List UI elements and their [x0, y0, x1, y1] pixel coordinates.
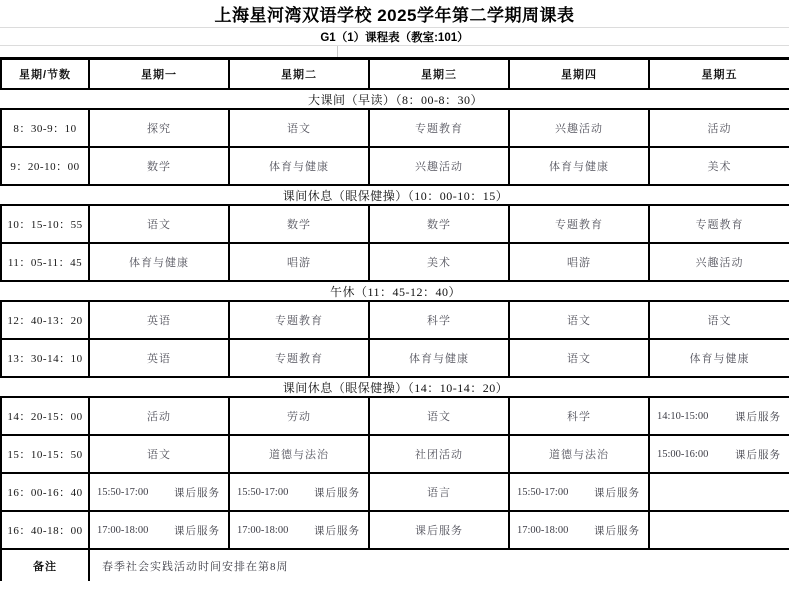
empty-cell — [649, 473, 789, 511]
class-row: 11：05-11：45体育与健康唱游美术唱游兴趣活动 — [1, 243, 789, 281]
note-label: 备注 — [1, 549, 89, 581]
subject-cell: 社团活动 — [369, 435, 509, 473]
class-row: 10：15-10：55语文数学数学专题教育专题教育 — [1, 205, 789, 243]
class-row: 16：40-18：0017:00-18:00课后服务17:00-18:00课后服… — [1, 511, 789, 549]
subject-cell: 美术 — [649, 147, 789, 185]
band-row: 大课间（早读）（8：00-8：30） — [1, 89, 789, 109]
subject-cell: 兴趣活动 — [509, 109, 649, 147]
service-time: 15:50-17:00 — [97, 487, 148, 498]
subject-cell: 语文 — [229, 109, 369, 147]
subject-cell: 语文 — [89, 435, 229, 473]
corner-header: 星期/节数 — [1, 59, 89, 90]
band-row: 课间休息（眼保健操）（14：10-14：20） — [1, 377, 789, 397]
subject-cell: 探究 — [89, 109, 229, 147]
service-cell-content: 15:50-17:00课后服务 — [230, 485, 368, 500]
service-cell-content: 15:00-16:00课后服务 — [650, 447, 789, 462]
time-slot: 13：30-14：10 — [1, 339, 89, 377]
subject-cell: 专题教育 — [649, 205, 789, 243]
class-row: 15：10-15：50语文道德与法治社团活动道德与法治15:00-16:00课后… — [1, 435, 789, 473]
after-school-service-cell: 15:50-17:00课后服务 — [89, 473, 229, 511]
timetable-page: 上海星河湾双语学校 2025学年第二学期周课表 G1（1）课程表（教室:101）… — [0, 0, 789, 609]
note-text: 春季社会实践活动时间安排在第8周 — [89, 549, 789, 581]
class-row: 12：40-13：20英语专题教育科学语文语文 — [1, 301, 789, 339]
class-row: 13：30-14：10英语专题教育体育与健康语文体育与健康 — [1, 339, 789, 377]
subject-cell: 专题教育 — [229, 301, 369, 339]
service-label: 课后服务 — [594, 485, 640, 500]
subject-cell: 体育与健康 — [89, 243, 229, 281]
service-cell-content: 15:50-17:00课后服务 — [510, 485, 648, 500]
subject-cell: 体育与健康 — [229, 147, 369, 185]
service-time: 15:50-17:00 — [237, 487, 288, 498]
service-label: 课后服务 — [735, 409, 781, 424]
service-cell-content: 17:00-18:00课后服务 — [230, 523, 368, 538]
time-slot: 9：20-10：00 — [1, 147, 89, 185]
service-cell-content: 14:10-15:00课后服务 — [650, 409, 789, 424]
page-title: 上海星河湾双语学校 2025学年第二学期周课表 — [0, 0, 789, 28]
time-slot: 16：00-16：40 — [1, 473, 89, 511]
spacer-row — [0, 46, 789, 57]
service-label: 课后服务 — [314, 485, 360, 500]
subject-cell: 语文 — [89, 205, 229, 243]
service-cell-content: 15:50-17:00课后服务 — [90, 485, 228, 500]
timetable-body: 大课间（早读）（8：00-8：30）8：30-9：10探究语文专题教育兴趣活动活… — [1, 89, 789, 549]
after-school-service-cell: 17:00-18:00课后服务 — [509, 511, 649, 549]
note-row: 备注 春季社会实践活动时间安排在第8周 — [1, 549, 789, 581]
class-row: 9：20-10：00数学体育与健康兴趣活动体育与健康美术 — [1, 147, 789, 185]
band-row: 课间休息（眼保健操）（10：00-10：15） — [1, 185, 789, 205]
subject-cell: 数学 — [89, 147, 229, 185]
service-time: 14:10-15:00 — [657, 411, 708, 422]
subject-cell: 道德与法治 — [509, 435, 649, 473]
band-row: 午休（11：45-12：40） — [1, 281, 789, 301]
after-school-service-cell: 15:50-17:00课后服务 — [509, 473, 649, 511]
day-header: 星期五 — [649, 59, 789, 90]
subject-cell: 活动 — [649, 109, 789, 147]
subject-cell: 活动 — [89, 397, 229, 435]
time-slot: 10：15-10：55 — [1, 205, 89, 243]
subject-cell: 英语 — [89, 339, 229, 377]
header-row: 星期/节数星期一星期二星期三星期四星期五 — [1, 59, 789, 90]
subject-cell: 美术 — [369, 243, 509, 281]
service-cell-content: 17:00-18:00课后服务 — [510, 523, 648, 538]
grid-tick — [337, 46, 338, 57]
time-slot: 12：40-13：20 — [1, 301, 89, 339]
after-school-service-cell: 14:10-15:00课后服务 — [649, 397, 789, 435]
subject-cell: 专题教育 — [369, 109, 509, 147]
subject-cell: 劳动 — [229, 397, 369, 435]
class-row: 8：30-9：10探究语文专题教育兴趣活动活动 — [1, 109, 789, 147]
subject-cell: 兴趣活动 — [649, 243, 789, 281]
service-label: 课后服务 — [174, 485, 220, 500]
service-time: 17:00-18:00 — [97, 525, 148, 536]
service-time: 17:00-18:00 — [517, 525, 568, 536]
time-slot: 11：05-11：45 — [1, 243, 89, 281]
day-header: 星期一 — [89, 59, 229, 90]
service-label: 课后服务 — [594, 523, 640, 538]
page-subtitle: G1（1）课程表（教室:101） — [0, 28, 789, 46]
band-label: 大课间（早读）（8：00-8：30） — [1, 89, 789, 109]
time-slot: 16：40-18：00 — [1, 511, 89, 549]
day-header: 星期四 — [509, 59, 649, 90]
subject-cell: 语文 — [509, 301, 649, 339]
subject-cell: 英语 — [89, 301, 229, 339]
time-slot: 8：30-9：10 — [1, 109, 89, 147]
subject-cell: 语文 — [369, 397, 509, 435]
band-label: 课间休息（眼保健操）（14：10-14：20） — [1, 377, 789, 397]
subject-cell: 兴趣活动 — [369, 147, 509, 185]
class-row: 16：00-16：4015:50-17:00课后服务15:50-17:00课后服… — [1, 473, 789, 511]
service-time: 17:00-18:00 — [237, 525, 288, 536]
service-cell-content: 17:00-18:00课后服务 — [90, 523, 228, 538]
time-slot: 15：10-15：50 — [1, 435, 89, 473]
subject-cell: 专题教育 — [509, 205, 649, 243]
after-school-service-cell: 17:00-18:00课后服务 — [229, 511, 369, 549]
service-time: 15:00-16:00 — [657, 449, 708, 460]
subject-cell: 语文 — [509, 339, 649, 377]
subject-cell: 课后服务 — [369, 511, 509, 549]
subject-cell: 科学 — [509, 397, 649, 435]
band-label: 午休（11：45-12：40） — [1, 281, 789, 301]
after-school-service-cell: 15:00-16:00课后服务 — [649, 435, 789, 473]
subject-cell: 道德与法治 — [229, 435, 369, 473]
subject-cell: 唱游 — [229, 243, 369, 281]
day-header: 星期二 — [229, 59, 369, 90]
empty-cell — [649, 511, 789, 549]
subject-cell: 语言 — [369, 473, 509, 511]
after-school-service-cell: 15:50-17:00课后服务 — [229, 473, 369, 511]
band-label: 课间休息（眼保健操）（10：00-10：15） — [1, 185, 789, 205]
service-time: 15:50-17:00 — [517, 487, 568, 498]
subject-cell: 语文 — [649, 301, 789, 339]
service-label: 课后服务 — [735, 447, 781, 462]
after-school-service-cell: 17:00-18:00课后服务 — [89, 511, 229, 549]
day-header: 星期三 — [369, 59, 509, 90]
service-label: 课后服务 — [174, 523, 220, 538]
subject-cell: 专题教育 — [229, 339, 369, 377]
class-row: 14：20-15：00活动劳动语文科学14:10-15:00课后服务 — [1, 397, 789, 435]
subject-cell: 数学 — [229, 205, 369, 243]
subject-cell: 体育与健康 — [369, 339, 509, 377]
subject-cell: 数学 — [369, 205, 509, 243]
service-label: 课后服务 — [314, 523, 360, 538]
subject-cell: 唱游 — [509, 243, 649, 281]
subject-cell: 体育与健康 — [509, 147, 649, 185]
time-slot: 14：20-15：00 — [1, 397, 89, 435]
timetable: 星期/节数星期一星期二星期三星期四星期五 大课间（早读）（8：00-8：30）8… — [0, 57, 789, 581]
subject-cell: 体育与健康 — [649, 339, 789, 377]
subject-cell: 科学 — [369, 301, 509, 339]
